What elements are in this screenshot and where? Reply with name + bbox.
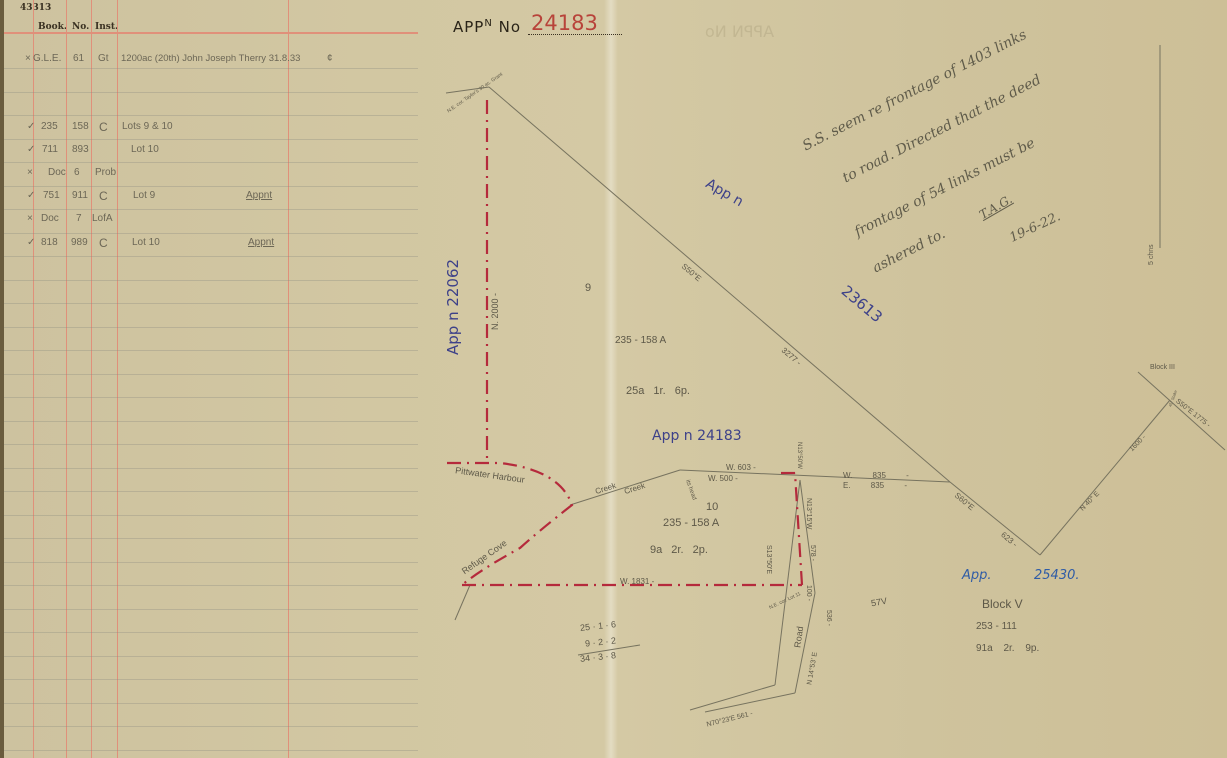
- app-25430-number: 25430.: [1034, 568, 1080, 583]
- bearing-s13-50e: S13°50'E: [765, 545, 772, 574]
- survey-lines: [446, 45, 1225, 712]
- app-22062-label: App n 22062: [444, 259, 462, 355]
- bearing-e-835: E. 835 -: [843, 481, 907, 490]
- bearing-north-2000: N. 2000 -: [490, 293, 500, 330]
- bearing-w-1831: W. 1831 -: [620, 577, 654, 586]
- distance-578: 578 -: [809, 545, 816, 561]
- lot-9-area: 25a 1r. 6p.: [626, 385, 690, 397]
- lot-9-label: 9: [585, 282, 591, 294]
- lot-9-reference: 235 - 158 A: [615, 335, 666, 346]
- bearing-n13-50w: N13°50'W: [796, 442, 802, 469]
- app-25430-label: App.: [962, 568, 992, 583]
- distance-536: 536 -: [825, 610, 832, 626]
- bearing-w-835: W. 835 -: [843, 471, 909, 480]
- lot-10-label: 10: [706, 501, 718, 513]
- bearing-n13-15w: N13°15'W: [805, 498, 812, 529]
- block-v-label: Block V: [982, 597, 1023, 611]
- app-24183-label: App n 24183: [652, 428, 742, 444]
- distance-100: 100 -: [805, 585, 812, 601]
- bearing-w-500: W. 500 -: [708, 474, 738, 483]
- block-v-reference: 253 - 111: [976, 621, 1017, 632]
- block-v-area: 91a 2r. 9p.: [976, 643, 1039, 654]
- scale-label: 5 chns: [1148, 244, 1155, 265]
- lot-10-area: 9a 2r. 2p.: [650, 544, 708, 556]
- lot-10-reference: 235 - 158 A: [663, 517, 719, 529]
- bearing-w-603: W. 603 -: [726, 463, 756, 472]
- block-iii-label: Block III: [1150, 364, 1175, 371]
- document-page: 43313 Book. No. Inst. × G.L.E. 61 Gt 120…: [0, 0, 1227, 758]
